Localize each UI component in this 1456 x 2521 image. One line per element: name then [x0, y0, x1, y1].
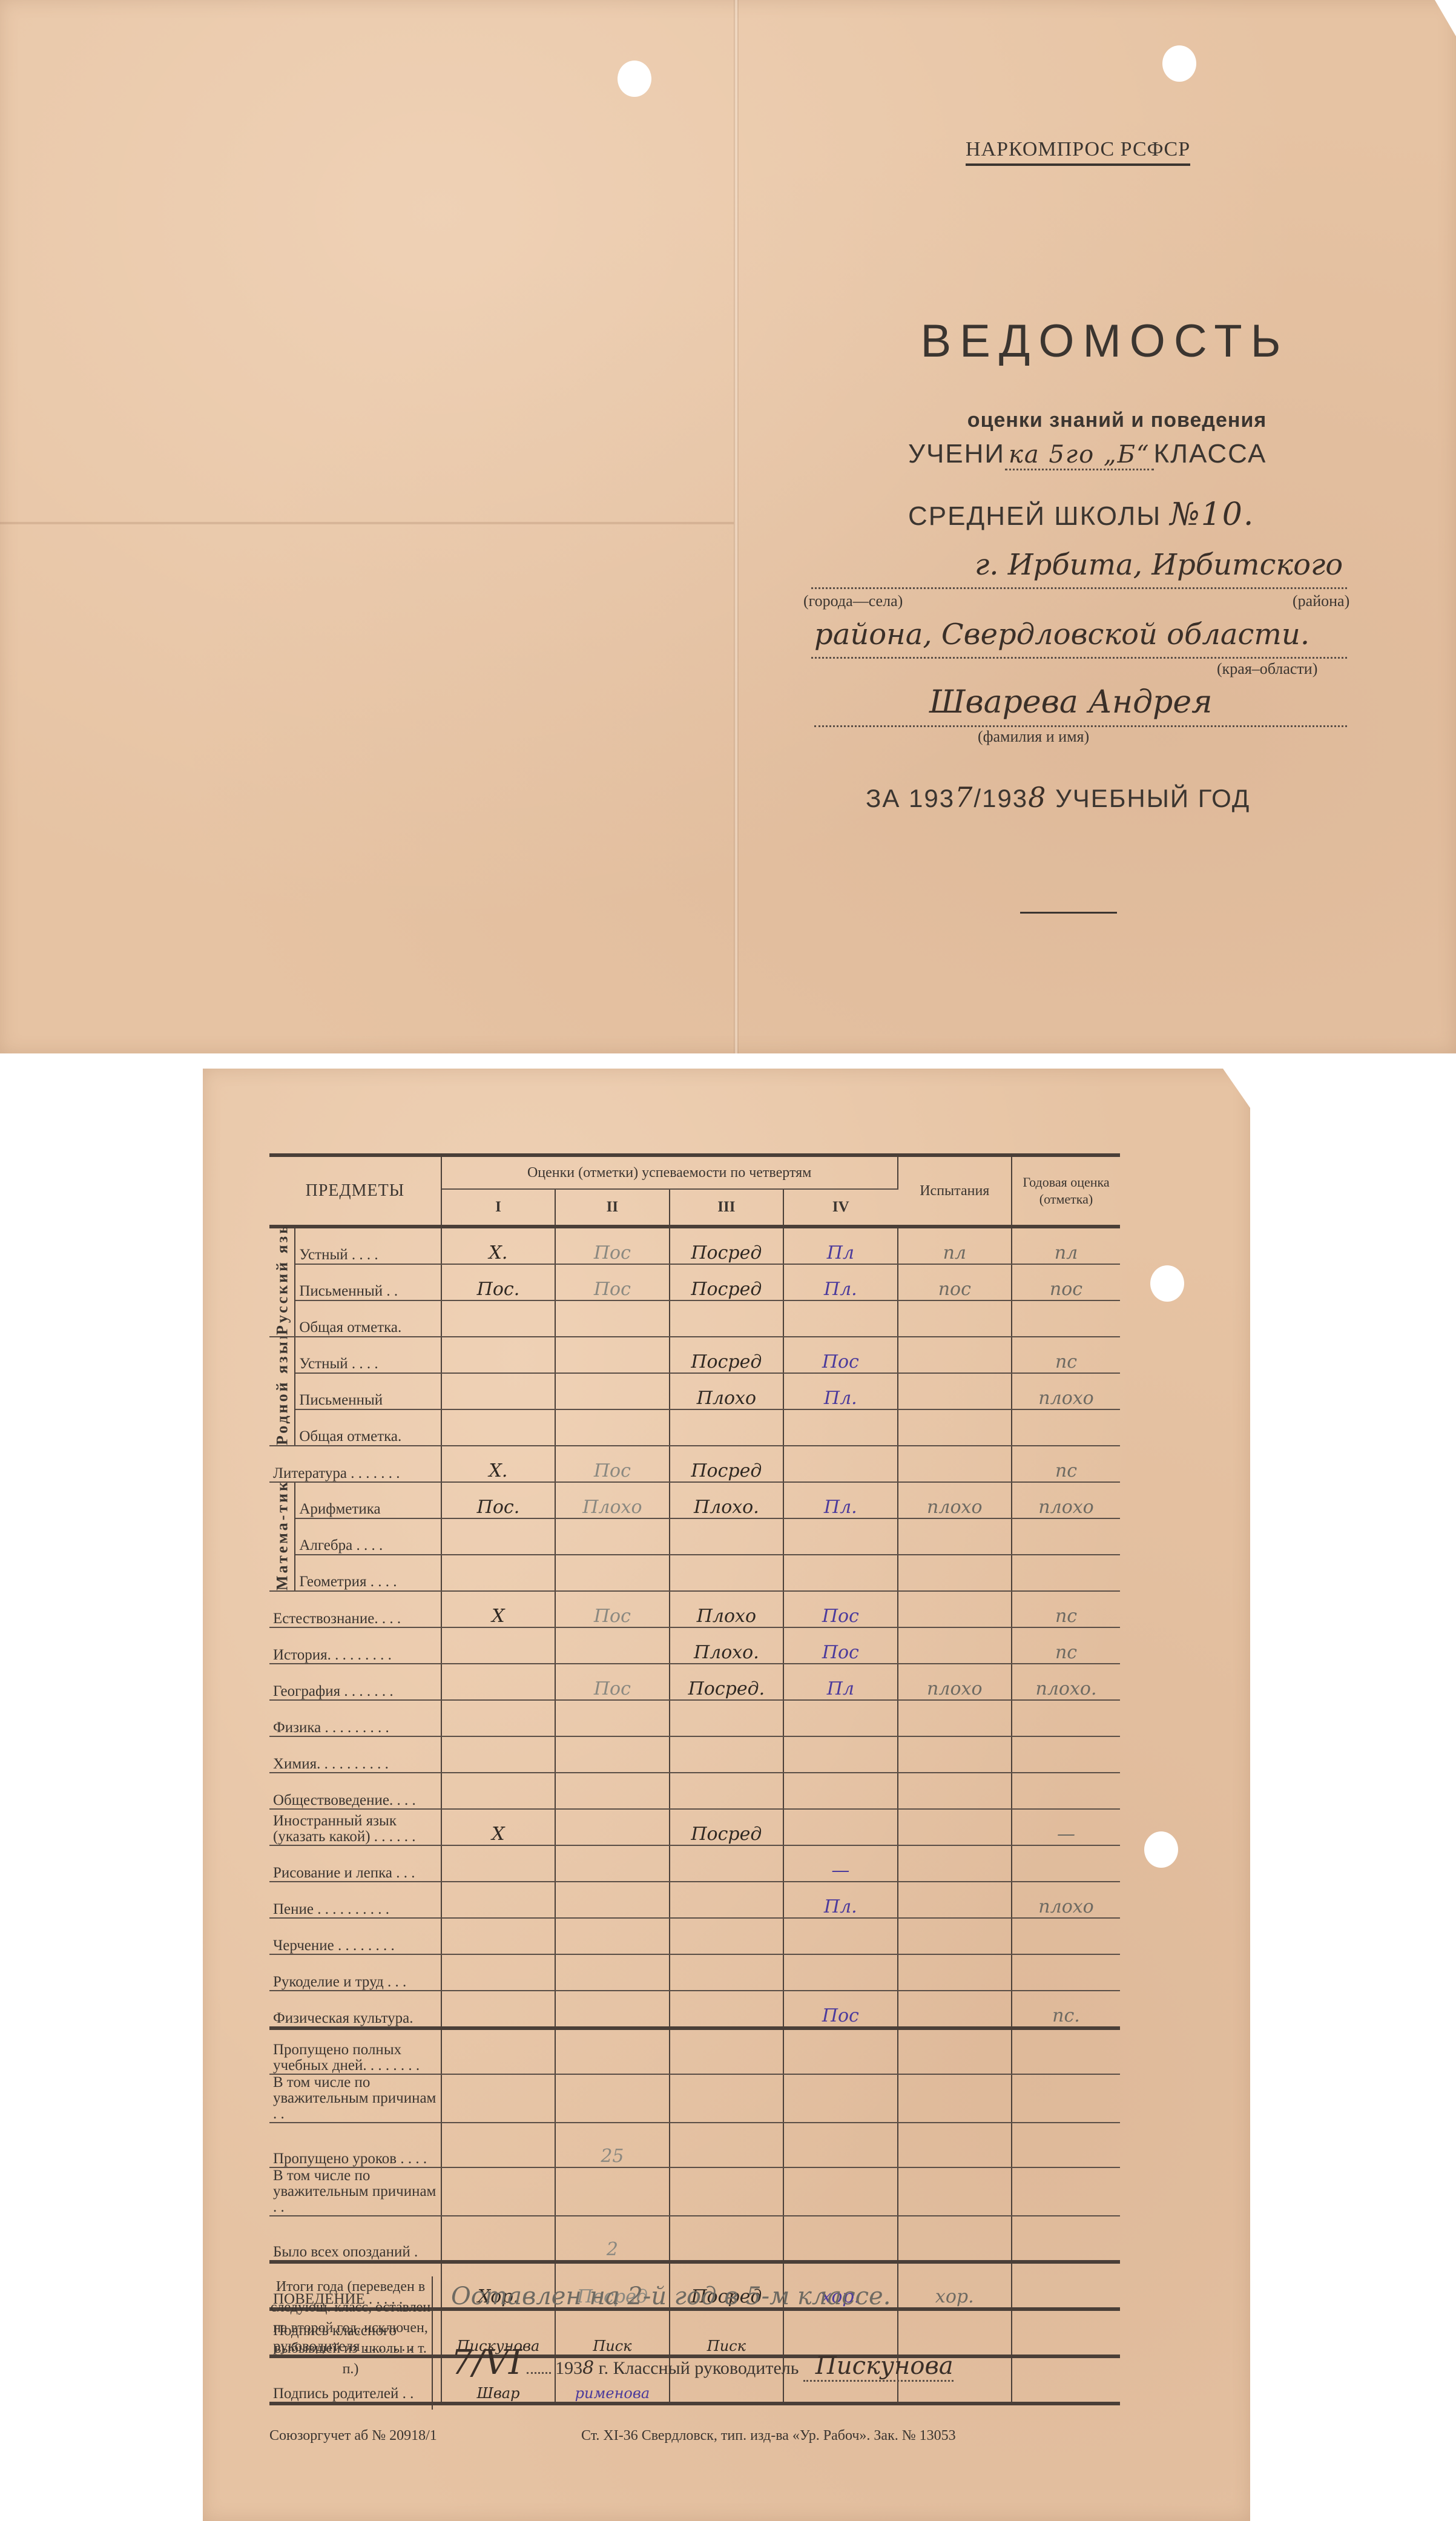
- header-annual: Годовая оценка (отметка): [1012, 1155, 1120, 1227]
- grade-cell: [783, 1954, 897, 1991]
- grade-cell: [670, 1555, 783, 1591]
- grade-cell: Посред: [670, 1337, 783, 1373]
- subject-name: Обществоведение. . . .: [269, 1773, 441, 1809]
- subject-row: Черчение . . . . . . . .: [269, 1918, 1120, 1954]
- grade-cell: [670, 1409, 783, 1446]
- results-label: Итоги года (переведен в следующ. класс, …: [269, 2276, 433, 2410]
- grade-cell: [783, 1409, 897, 1446]
- attendance-label: Было всех опозданий .: [269, 2216, 441, 2262]
- grade-cell: пс: [1012, 1627, 1120, 1664]
- subject-name: Рукоделие и труд . . .: [269, 1954, 441, 1991]
- header-quarter-4: IV: [783, 1189, 897, 1227]
- grade-cell: —: [1012, 1809, 1120, 1845]
- grade-cell: [898, 1627, 1012, 1664]
- subject-name: Пение . . . . . . . . . .: [269, 1882, 441, 1918]
- grade-cell: [441, 1555, 555, 1591]
- attendance-cell: [670, 2167, 783, 2216]
- grade-cell: [1012, 1954, 1120, 1991]
- attendance-cell: [555, 2074, 669, 2123]
- subject-row: Общая отметка.: [269, 1409, 1120, 1446]
- grade-cell: [898, 1337, 1012, 1373]
- city-handwritten: г. Ирбита, Ирбитского: [975, 548, 1343, 582]
- grade-cell: [670, 1773, 783, 1809]
- attendance-cell: [441, 2216, 555, 2262]
- grade-cell: [555, 1809, 669, 1845]
- grade-cell: [441, 1518, 555, 1555]
- grade-cell: [1012, 1518, 1120, 1555]
- grade-cell: Пл.: [783, 1264, 897, 1300]
- grade-cell: [783, 1918, 897, 1954]
- grade-cell: Пос: [555, 1264, 669, 1300]
- results-year-printed: 193: [555, 2358, 582, 2378]
- attendance-row: Пропущено полных учебных дней. . . . . .…: [269, 2028, 1120, 2074]
- grade-cell: [898, 1591, 1012, 1627]
- subject-name: Иностранный язык (указать какой) . . . .…: [269, 1809, 441, 1845]
- subject-row: Иностранный язык (указать какой) . . . .…: [269, 1809, 1120, 1845]
- grade-cell: Пос: [555, 1664, 669, 1700]
- grade-cell: [898, 1882, 1012, 1918]
- subject-name: Общая отметка.: [295, 1300, 441, 1337]
- grade-cell: [1012, 1409, 1120, 1446]
- subject-name: Химия. . . . . . . . . .: [269, 1736, 441, 1773]
- grade-cell: Пл.: [783, 1482, 897, 1518]
- grade-cell: [783, 1446, 897, 1482]
- subject-group-label: Матема-тика: [269, 1482, 295, 1591]
- grade-cell: Посред: [670, 1227, 783, 1264]
- header-quarters-title: Оценки (отметки) успеваемости по четверт…: [441, 1155, 898, 1189]
- grade-cell: [670, 1991, 783, 2028]
- attendance-cell: [783, 2074, 897, 2123]
- grade-cell: [670, 1736, 783, 1773]
- student-class-handwritten: ка 5го „Б“: [1005, 441, 1153, 470]
- grade-cell: Х.: [441, 1446, 555, 1482]
- subject-name: Естествознание. . . .: [269, 1591, 441, 1627]
- grade-cell: [898, 1736, 1012, 1773]
- grade-cell: [441, 1845, 555, 1882]
- grade-cell: [441, 1773, 555, 1809]
- grade-cell: пос: [898, 1264, 1012, 1300]
- subject-row: Общая отметка.: [269, 1300, 1120, 1337]
- grade-cell: [783, 1300, 897, 1337]
- attendance-cell: 25: [555, 2123, 669, 2167]
- attendance-cell: [1012, 2028, 1120, 2074]
- attendance-cell: [783, 2216, 897, 2262]
- grade-cell: пл: [898, 1227, 1012, 1264]
- attendance-cell: [1012, 2123, 1120, 2167]
- grade-cell: [898, 1300, 1012, 1337]
- region-handwritten: района, Свердловской области.: [814, 618, 1309, 651]
- grade-cell: [555, 1882, 669, 1918]
- school-line: СРЕДНЕЙ ШКОЛЫ №10.: [908, 496, 1254, 533]
- subject-row: Родной языкУстный . . . .ПосредПоспс: [269, 1337, 1120, 1373]
- grade-cell: Посред: [670, 1446, 783, 1482]
- grade-cell: Пос.: [441, 1264, 555, 1300]
- subject-row: Литература . . . . . . .Х.ПосПосредпс: [269, 1446, 1120, 1482]
- grade-cell: [555, 1373, 669, 1409]
- subject-row: Геометрия . . . .: [269, 1555, 1120, 1591]
- results-date-handwritten: 7/VI: [451, 2343, 522, 2382]
- subject-name: Алгебра . . . .: [295, 1518, 441, 1555]
- year-start-digit: 7: [955, 781, 973, 814]
- attendance-row: В том числе по уважительным причинам . .: [269, 2167, 1120, 2216]
- grade-cell: [441, 1991, 555, 2028]
- header-quarter-3: III: [670, 1189, 783, 1227]
- attendance-row: В том числе по уважительным причинам . .: [269, 2074, 1120, 2123]
- grade-cell: [555, 1627, 669, 1664]
- attendance-cell: [441, 2074, 555, 2123]
- grade-cell: [898, 1991, 1012, 2028]
- attendance-row: Пропущено уроков . . . .25: [269, 2123, 1120, 2167]
- grade-cell: Пос: [555, 1446, 669, 1482]
- grade-cell: Посред.: [670, 1664, 783, 1700]
- grade-cell: [898, 1918, 1012, 1954]
- attendance-cell: [670, 2074, 783, 2123]
- grade-cell: [898, 1809, 1012, 1845]
- grade-cell: Х.: [441, 1227, 555, 1264]
- subject-row: Русский языкУстный . . . .Х.ПосПосредПлп…: [269, 1227, 1120, 1264]
- grade-cell: Пос: [783, 1627, 897, 1664]
- subject-row: Химия. . . . . . . . . .: [269, 1736, 1120, 1773]
- subject-row: География . . . . . . .ПосПосред.Плплохо…: [269, 1664, 1120, 1700]
- results-year-digit: 8: [582, 2358, 594, 2379]
- grade-cell: [1012, 1736, 1120, 1773]
- fold-crease-horizontal: [0, 522, 734, 524]
- subject-name: История. . . . . . . . .: [269, 1627, 441, 1664]
- grade-cell: [555, 1736, 669, 1773]
- year-prefix: ЗА 193: [866, 784, 955, 812]
- year-mid: /193: [973, 784, 1028, 812]
- grade-cell: [555, 1337, 669, 1373]
- grade-cell: [898, 1446, 1012, 1482]
- grade-cell: Пос: [783, 1991, 897, 2028]
- grade-cell: пл: [1012, 1227, 1120, 1264]
- grade-cell: Пос: [555, 1227, 669, 1264]
- grade-cell: пс: [1012, 1446, 1120, 1482]
- attendance-cell: [898, 2123, 1012, 2167]
- grade-cell: [1012, 1918, 1120, 1954]
- grade-cell: Х: [441, 1809, 555, 1845]
- attendance-label: Пропущено уроков . . . .: [269, 2123, 441, 2167]
- grade-cell: [555, 1773, 669, 1809]
- attendance-cell: [670, 2216, 783, 2262]
- attendance-cell: [555, 2167, 669, 2216]
- grade-cell: Плохо.: [670, 1482, 783, 1518]
- subject-row: Физическая культура.Поспс.: [269, 1991, 1120, 2028]
- attendance-cell: [555, 2028, 669, 2074]
- year-suffix: УЧЕБНЫЙ ГОД: [1055, 784, 1250, 812]
- attendance-cell: [898, 2216, 1012, 2262]
- grade-cell: пос: [1012, 1264, 1120, 1300]
- subject-row: ПисьменныйПлохоПл.плохо: [269, 1373, 1120, 1409]
- cover-sheet: НАРКОМПРОС РСФСР ВЕДОМОСТЬ оценки знаний…: [0, 0, 1456, 1053]
- subject-name: Письменный: [295, 1373, 441, 1409]
- subject-name: Литература . . . . . . .: [269, 1446, 441, 1482]
- attendance-cell: [441, 2167, 555, 2216]
- attendance-cell: [441, 2123, 555, 2167]
- grade-cell: плохо: [1012, 1882, 1120, 1918]
- subject-name: Устный . . . .: [295, 1227, 441, 1264]
- grade-cell: [1012, 1300, 1120, 1337]
- grade-cell: [898, 1555, 1012, 1591]
- grade-cell: [670, 1954, 783, 1991]
- grade-cell: [1012, 1845, 1120, 1882]
- document-subtitle: оценки знаний и поведения: [887, 409, 1347, 432]
- header-subjects: ПРЕДМЕТЫ: [269, 1155, 441, 1227]
- grade-cell: [898, 1518, 1012, 1555]
- document-title: ВЕДОМОСТЬ: [863, 315, 1347, 367]
- school-year-line: ЗА 1937/1938 УЧЕБНЫЙ ГОД: [866, 781, 1250, 814]
- region-caption: (края–области): [1217, 660, 1317, 678]
- grade-cell: [441, 1409, 555, 1446]
- header-quarter-2: II: [555, 1189, 669, 1227]
- grade-cell: [441, 1627, 555, 1664]
- subject-group-label: Родной язык: [269, 1337, 295, 1446]
- grade-cell: [555, 1700, 669, 1736]
- attendance-cell: [898, 2074, 1012, 2123]
- grade-cell: Посред: [670, 1809, 783, 1845]
- grade-cell: [898, 1373, 1012, 1409]
- grade-cell: [670, 1845, 783, 1882]
- grade-cell: [898, 1409, 1012, 1446]
- subject-row: Пение . . . . . . . . . .Пл.плохо: [269, 1882, 1120, 1918]
- subject-name: Геометрия . . . .: [295, 1555, 441, 1591]
- closing-rule: [1020, 912, 1117, 914]
- subject-row: История. . . . . . . . .Плохо.Поспс: [269, 1627, 1120, 1664]
- grade-cell: [1012, 1700, 1120, 1736]
- punch-hole: [1144, 1831, 1178, 1868]
- student-name-handwritten: Шварева Андрея: [929, 684, 1213, 720]
- grade-cell: [898, 1845, 1012, 1882]
- subject-name: Черчение . . . . . . . .: [269, 1918, 441, 1954]
- attendance-cell: [783, 2028, 897, 2074]
- grade-cell: Посред: [670, 1264, 783, 1300]
- grade-cell: [441, 1664, 555, 1700]
- grade-cell: Плохо: [555, 1482, 669, 1518]
- attendance-row: Было всех опозданий .2: [269, 2216, 1120, 2262]
- subject-name: Физика . . . . . . . . .: [269, 1700, 441, 1736]
- grade-cell: [898, 1773, 1012, 1809]
- attendance-cell: 2: [555, 2216, 669, 2262]
- subject-name: Письменный . .: [295, 1264, 441, 1300]
- header-quarter-1: I: [441, 1189, 555, 1227]
- grade-cell: Плохо.: [670, 1627, 783, 1664]
- punch-hole: [618, 61, 651, 97]
- grade-cell: [441, 1918, 555, 1954]
- grade-cell: [898, 1700, 1012, 1736]
- name-line: [814, 725, 1347, 727]
- grade-cell: плохо.: [1012, 1664, 1120, 1700]
- attendance-cell: [1012, 2167, 1120, 2216]
- ministry-header: НАРКОМПРОС РСФСР: [966, 138, 1190, 166]
- results-signoff: 7/VI 1938 г. Классный руководитель Писку…: [451, 2343, 954, 2382]
- year-end-digit: 8: [1028, 781, 1047, 814]
- subject-row: Физика . . . . . . . . .: [269, 1700, 1120, 1736]
- class-label: КЛАССА: [1154, 439, 1267, 469]
- grade-cell: плохо: [898, 1664, 1012, 1700]
- grade-cell: [1012, 1773, 1120, 1809]
- grade-cell: Пос: [555, 1591, 669, 1627]
- grade-cell: [555, 1954, 669, 1991]
- grade-cell: [783, 1555, 897, 1591]
- grade-cell: [1012, 1555, 1120, 1591]
- footer-printer-info: Ст. XI-36 Свердловск, тип. изд-ва «Ур. Р…: [581, 2428, 956, 2444]
- region-line: [811, 657, 1347, 659]
- name-caption: (фамилия и имя): [978, 728, 1089, 746]
- school-number: №10.: [1170, 496, 1255, 533]
- report-sheet: ПРЕДМЕТЫ Оценки (отметки) успеваемости п…: [203, 1069, 1250, 2521]
- subject-row: Обществоведение. . . .: [269, 1773, 1120, 1809]
- subject-name: Рисование и лепка . . .: [269, 1845, 441, 1882]
- grades-table: ПРЕДМЕТЫ Оценки (отметки) успеваемости п…: [269, 1153, 1120, 2405]
- subject-row: Рисование и лепка . . .—: [269, 1845, 1120, 1882]
- attendance-cell: [783, 2167, 897, 2216]
- city-line: [811, 587, 1347, 589]
- grades-table-wrapper: ПРЕДМЕТЫ Оценки (отметки) успеваемости п…: [269, 1153, 1120, 2405]
- grade-cell: [898, 1954, 1012, 1991]
- subject-row: Письменный . .Пос.ПосПосредПл.поспос: [269, 1264, 1120, 1300]
- grade-cell: [670, 1918, 783, 1954]
- punch-hole: [1150, 1265, 1184, 1302]
- grade-cell: [441, 1954, 555, 1991]
- results-teacher-label: г. Классный руководитель: [599, 2358, 799, 2378]
- student-prefix: УЧЕНИ: [908, 439, 1005, 469]
- grade-cell: [670, 1700, 783, 1736]
- grade-cell: [555, 1918, 669, 1954]
- city-caption: (города—села): [803, 592, 903, 610]
- subject-row: Алгебра . . . .: [269, 1518, 1120, 1555]
- grade-cell: [441, 1700, 555, 1736]
- grade-cell: Пос: [783, 1337, 897, 1373]
- grade-cell: Плохо: [670, 1591, 783, 1627]
- grade-cell: [441, 1736, 555, 1773]
- grade-cell: [441, 1337, 555, 1373]
- district-caption: (района): [1293, 592, 1349, 610]
- grade-cell: [670, 1300, 783, 1337]
- grade-cell: Пл: [783, 1227, 897, 1264]
- subject-row: Естествознание. . . .ХПосПлохоПоспс: [269, 1591, 1120, 1627]
- year-results: Итоги года (переведен в следующ. класс, …: [269, 2276, 1120, 2410]
- grade-cell: пс.: [1012, 1991, 1120, 2028]
- footer-print-code: Союзоргучет аб № 20918/1: [269, 2428, 437, 2444]
- grades-table-body: Русский языкУстный . . . .Х.ПосПосредПлп…: [269, 1227, 1120, 2404]
- subject-name: Устный . . . .: [295, 1337, 441, 1373]
- grade-cell: [555, 1845, 669, 1882]
- student-class-line: УЧЕНИка 5го „Б“КЛАССА: [908, 439, 1267, 469]
- grade-cell: [441, 1300, 555, 1337]
- grade-cell: плохо: [1012, 1482, 1120, 1518]
- attendance-cell: [898, 2167, 1012, 2216]
- grade-cell: Х: [441, 1591, 555, 1627]
- grade-cell: Пл.: [783, 1882, 897, 1918]
- grade-cell: [783, 1700, 897, 1736]
- grade-cell: пс: [1012, 1337, 1120, 1373]
- grade-cell: [783, 1518, 897, 1555]
- grade-cell: [783, 1809, 897, 1845]
- grade-cell: Плохо: [670, 1373, 783, 1409]
- attendance-cell: [1012, 2074, 1120, 2123]
- attendance-cell: [1012, 2216, 1120, 2262]
- grade-cell: плохо: [1012, 1373, 1120, 1409]
- grade-cell: [555, 1300, 669, 1337]
- attendance-cell: [441, 2028, 555, 2074]
- subject-name: Физическая культура.: [269, 1991, 441, 2028]
- attendance-cell: [670, 2123, 783, 2167]
- grade-cell: [783, 1736, 897, 1773]
- attendance-label: В том числе по уважительным причинам . .: [269, 2167, 441, 2216]
- subject-row: Рукоделие и труд . . .: [269, 1954, 1120, 1991]
- grade-cell: [670, 1882, 783, 1918]
- grade-cell: Пл: [783, 1664, 897, 1700]
- grade-cell: [555, 1555, 669, 1591]
- grade-cell: плохо: [898, 1482, 1012, 1518]
- grade-cell: пс: [1012, 1591, 1120, 1627]
- cover-page: НАРКОМПРОС РСФСР ВЕДОМОСТЬ оценки знаний…: [736, 0, 1456, 1053]
- attendance-cell: [670, 2028, 783, 2074]
- subject-name: География . . . . . . .: [269, 1664, 441, 1700]
- attendance-cell: [783, 2123, 897, 2167]
- grade-cell: [783, 1773, 897, 1809]
- subject-name: Общая отметка.: [295, 1409, 441, 1446]
- grade-cell: [441, 1373, 555, 1409]
- attendance-label: Пропущено полных учебных дней. . . . . .…: [269, 2028, 441, 2074]
- attendance-label: В том числе по уважительным причинам . .: [269, 2074, 441, 2123]
- grade-cell: [670, 1518, 783, 1555]
- results-teacher-signature: Пискунова: [803, 2352, 954, 2382]
- grade-cell: Пос.: [441, 1482, 555, 1518]
- school-label: СРЕДНЕЙ ШКОЛЫ: [908, 501, 1161, 531]
- subject-group-label: Русский язык: [269, 1227, 295, 1337]
- subject-row: Матема-тикаАрифметикаПос.ПлохоПлохо.Пл.п…: [269, 1482, 1120, 1518]
- grade-cell: Пос: [783, 1591, 897, 1627]
- grade-cell: [441, 1882, 555, 1918]
- grade-cell: —: [783, 1845, 897, 1882]
- attendance-cell: [898, 2028, 1012, 2074]
- grade-cell: Пл.: [783, 1373, 897, 1409]
- grade-cell: [555, 1518, 669, 1555]
- subject-name: Арифметика: [295, 1482, 441, 1518]
- results-text-handwritten: Оставлен на 2-й год в 5-м классе.: [451, 2282, 891, 2310]
- grade-cell: [555, 1409, 669, 1446]
- header-exams: Испытания: [898, 1155, 1012, 1227]
- grade-cell: [555, 1991, 669, 2028]
